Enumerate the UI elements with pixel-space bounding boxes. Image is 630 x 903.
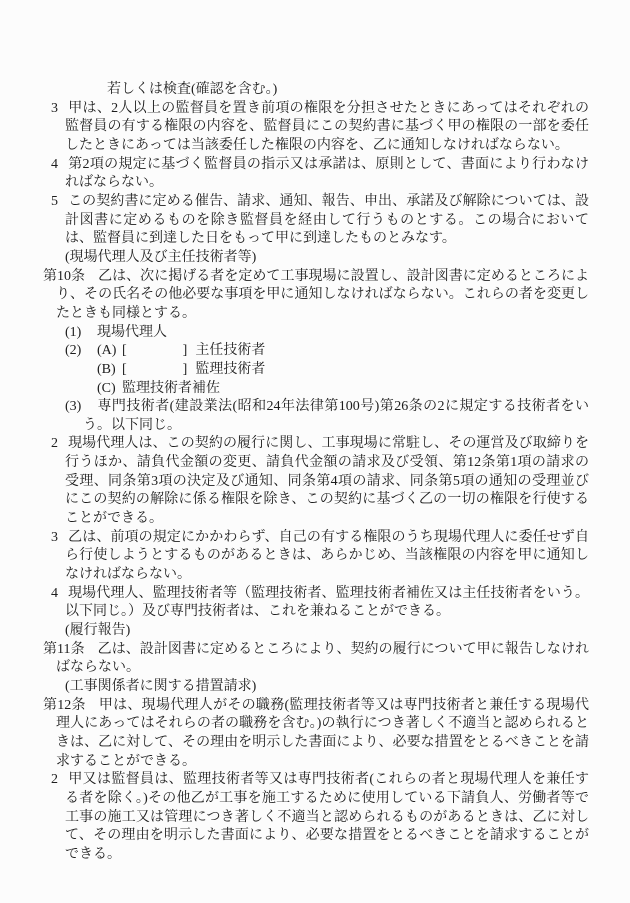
article-number: 第11条	[43, 642, 85, 657]
blank-field-brackets: [ ]	[122, 362, 187, 377]
list-item: (3)専門技術者(建設業法(昭和24年法律第100号)第26条の2に規定する技術…	[43, 398, 589, 435]
item-text: 専門技術者(建設業法(昭和24年法律第100号)第26条の2に規定する技術者をい…	[83, 399, 589, 433]
sub-item-label: (A)	[97, 342, 122, 361]
clause-text: 甲は、2人以上の監督員を置き前項の権限を分担させたときにあってはそれぞれの監督員…	[65, 101, 589, 153]
article-number: 第10条	[43, 269, 85, 284]
article-clause: 第10条乙は、次に掲げる者を定めて工事現場に設置し、設計図書に定めるところにより…	[43, 268, 589, 324]
clause-text: 甲は、現場代理人がその職務(監理技術者等又は専門技術者と兼任する現場代理人にあっ…	[56, 698, 589, 769]
clause-paragraph: 4現場代理人、監理技術者等（監理技術者、監理技術者補佐又は主任技術者をいう。以下…	[43, 585, 589, 622]
clause-paragraph: 3甲は、2人以上の監督員を置き前項の権限を分担させたときにあってはそれぞれの監督…	[43, 100, 589, 156]
article-clause: 第12条甲は、現場代理人がその職務(監理技術者等又は専門技術者と兼任する現場代理…	[43, 697, 589, 772]
continuation-line: 若しくは検査(確認を含む。)	[43, 81, 589, 100]
section-heading: (履行報告)	[43, 622, 589, 641]
item-text: 現場代理人	[97, 325, 167, 340]
section-heading: (工事関係者に関する措置請求)	[43, 678, 589, 697]
item-number: (3)	[65, 398, 97, 417]
paragraph-number: 2	[51, 435, 68, 454]
heading-text: (現場代理人及び主任技術者等)	[65, 250, 256, 265]
sub-item-text: 監理技術者	[195, 362, 265, 377]
clause-text: 第2項の規定に基づく監督員の指示又は承諾は、原則として、書面により行わなければな…	[65, 157, 589, 191]
item-number: (2)	[65, 342, 97, 361]
paragraph-number: 3	[51, 529, 68, 548]
sub-item-label: (C)	[97, 380, 122, 399]
clause-text: 乙は、次に掲げる者を定めて工事現場に設置し、設計図書に定めるところにより、その氏…	[56, 269, 589, 321]
clause-paragraph: 2甲又は監督員は、監理技術者等又は専門技術者(これらの者と現場代理人を兼任する者…	[43, 771, 589, 864]
paragraph-number: 5	[51, 193, 68, 212]
clause-text: 甲又は監督員は、監理技術者等又は専門技術者(これらの者と現場代理人を兼任する者を…	[65, 772, 589, 862]
paragraph-number: 3	[51, 100, 68, 119]
clause-text: 現場代理人は、この契約の履行に関し、工事現場に常駐し、その運営及び取締りを行うほ…	[65, 436, 589, 526]
sub-item-text: 主任技術者	[195, 343, 265, 358]
article-clause: 第11条乙は、設計図書に定めるところにより、契約の履行について甲に報告しなければ…	[43, 641, 589, 678]
list-item: (2)(A)[ ]主任技術者	[43, 342, 589, 361]
article-number: 第12条	[43, 698, 86, 713]
clause-text: この契約書に定める催告、請求、通知、報告、申出、承諾及び解除については、設計図書…	[65, 194, 589, 246]
clause-text: 現場代理人、監理技術者等（監理技術者、監理技術者補佐又は主任技術者をいう。以下同…	[65, 586, 589, 620]
clause-paragraph: 2現場代理人は、この契約の履行に関し、工事現場に常駐し、その運営及び取締りを行う…	[43, 435, 589, 528]
paragraph-number: 4	[51, 156, 68, 175]
clause-text: 乙は、前項の規定にかかわらず、自己の有する権限のうち現場代理人に委任せず自ら行使…	[65, 530, 589, 582]
sub-item-text: 監理技術者補佐	[122, 381, 220, 396]
list-item: (1)現場代理人	[43, 324, 589, 343]
section-heading: (現場代理人及び主任技術者等)	[43, 249, 589, 268]
clause-paragraph: 5この契約書に定める催告、請求、通知、報告、申出、承諾及び解除については、設計図…	[43, 193, 589, 249]
sub-list-item: (C)監理技術者補佐	[43, 380, 589, 399]
blank-field-brackets: [ ]	[122, 343, 187, 358]
clause-paragraph: 3乙は、前項の規定にかかわらず、自己の有する権限のうち現場代理人に委任せず自ら行…	[43, 529, 589, 585]
heading-text: (工事関係者に関する措置請求)	[65, 679, 256, 694]
sub-item-label: (B)	[97, 361, 122, 380]
paragraph-number: 2	[51, 771, 68, 790]
sub-list-item: (B)[ ]監理技術者	[43, 361, 589, 380]
clause-paragraph: 4第2項の規定に基づく監督員の指示又は承諾は、原則として、書面により行わなければ…	[43, 156, 589, 193]
paragraph-number: 4	[51, 585, 68, 604]
heading-text: (履行報告)	[65, 623, 130, 638]
clause-text: 乙は、設計図書に定めるところにより、契約の履行について甲に報告しなければならない…	[56, 642, 589, 676]
item-number: (1)	[65, 324, 97, 343]
clause-text: 若しくは検査(確認を含む。)	[107, 82, 277, 97]
contract-text: 若しくは検査(確認を含む。)3甲は、2人以上の監督員を置き前項の権限を分担させた…	[43, 81, 589, 865]
